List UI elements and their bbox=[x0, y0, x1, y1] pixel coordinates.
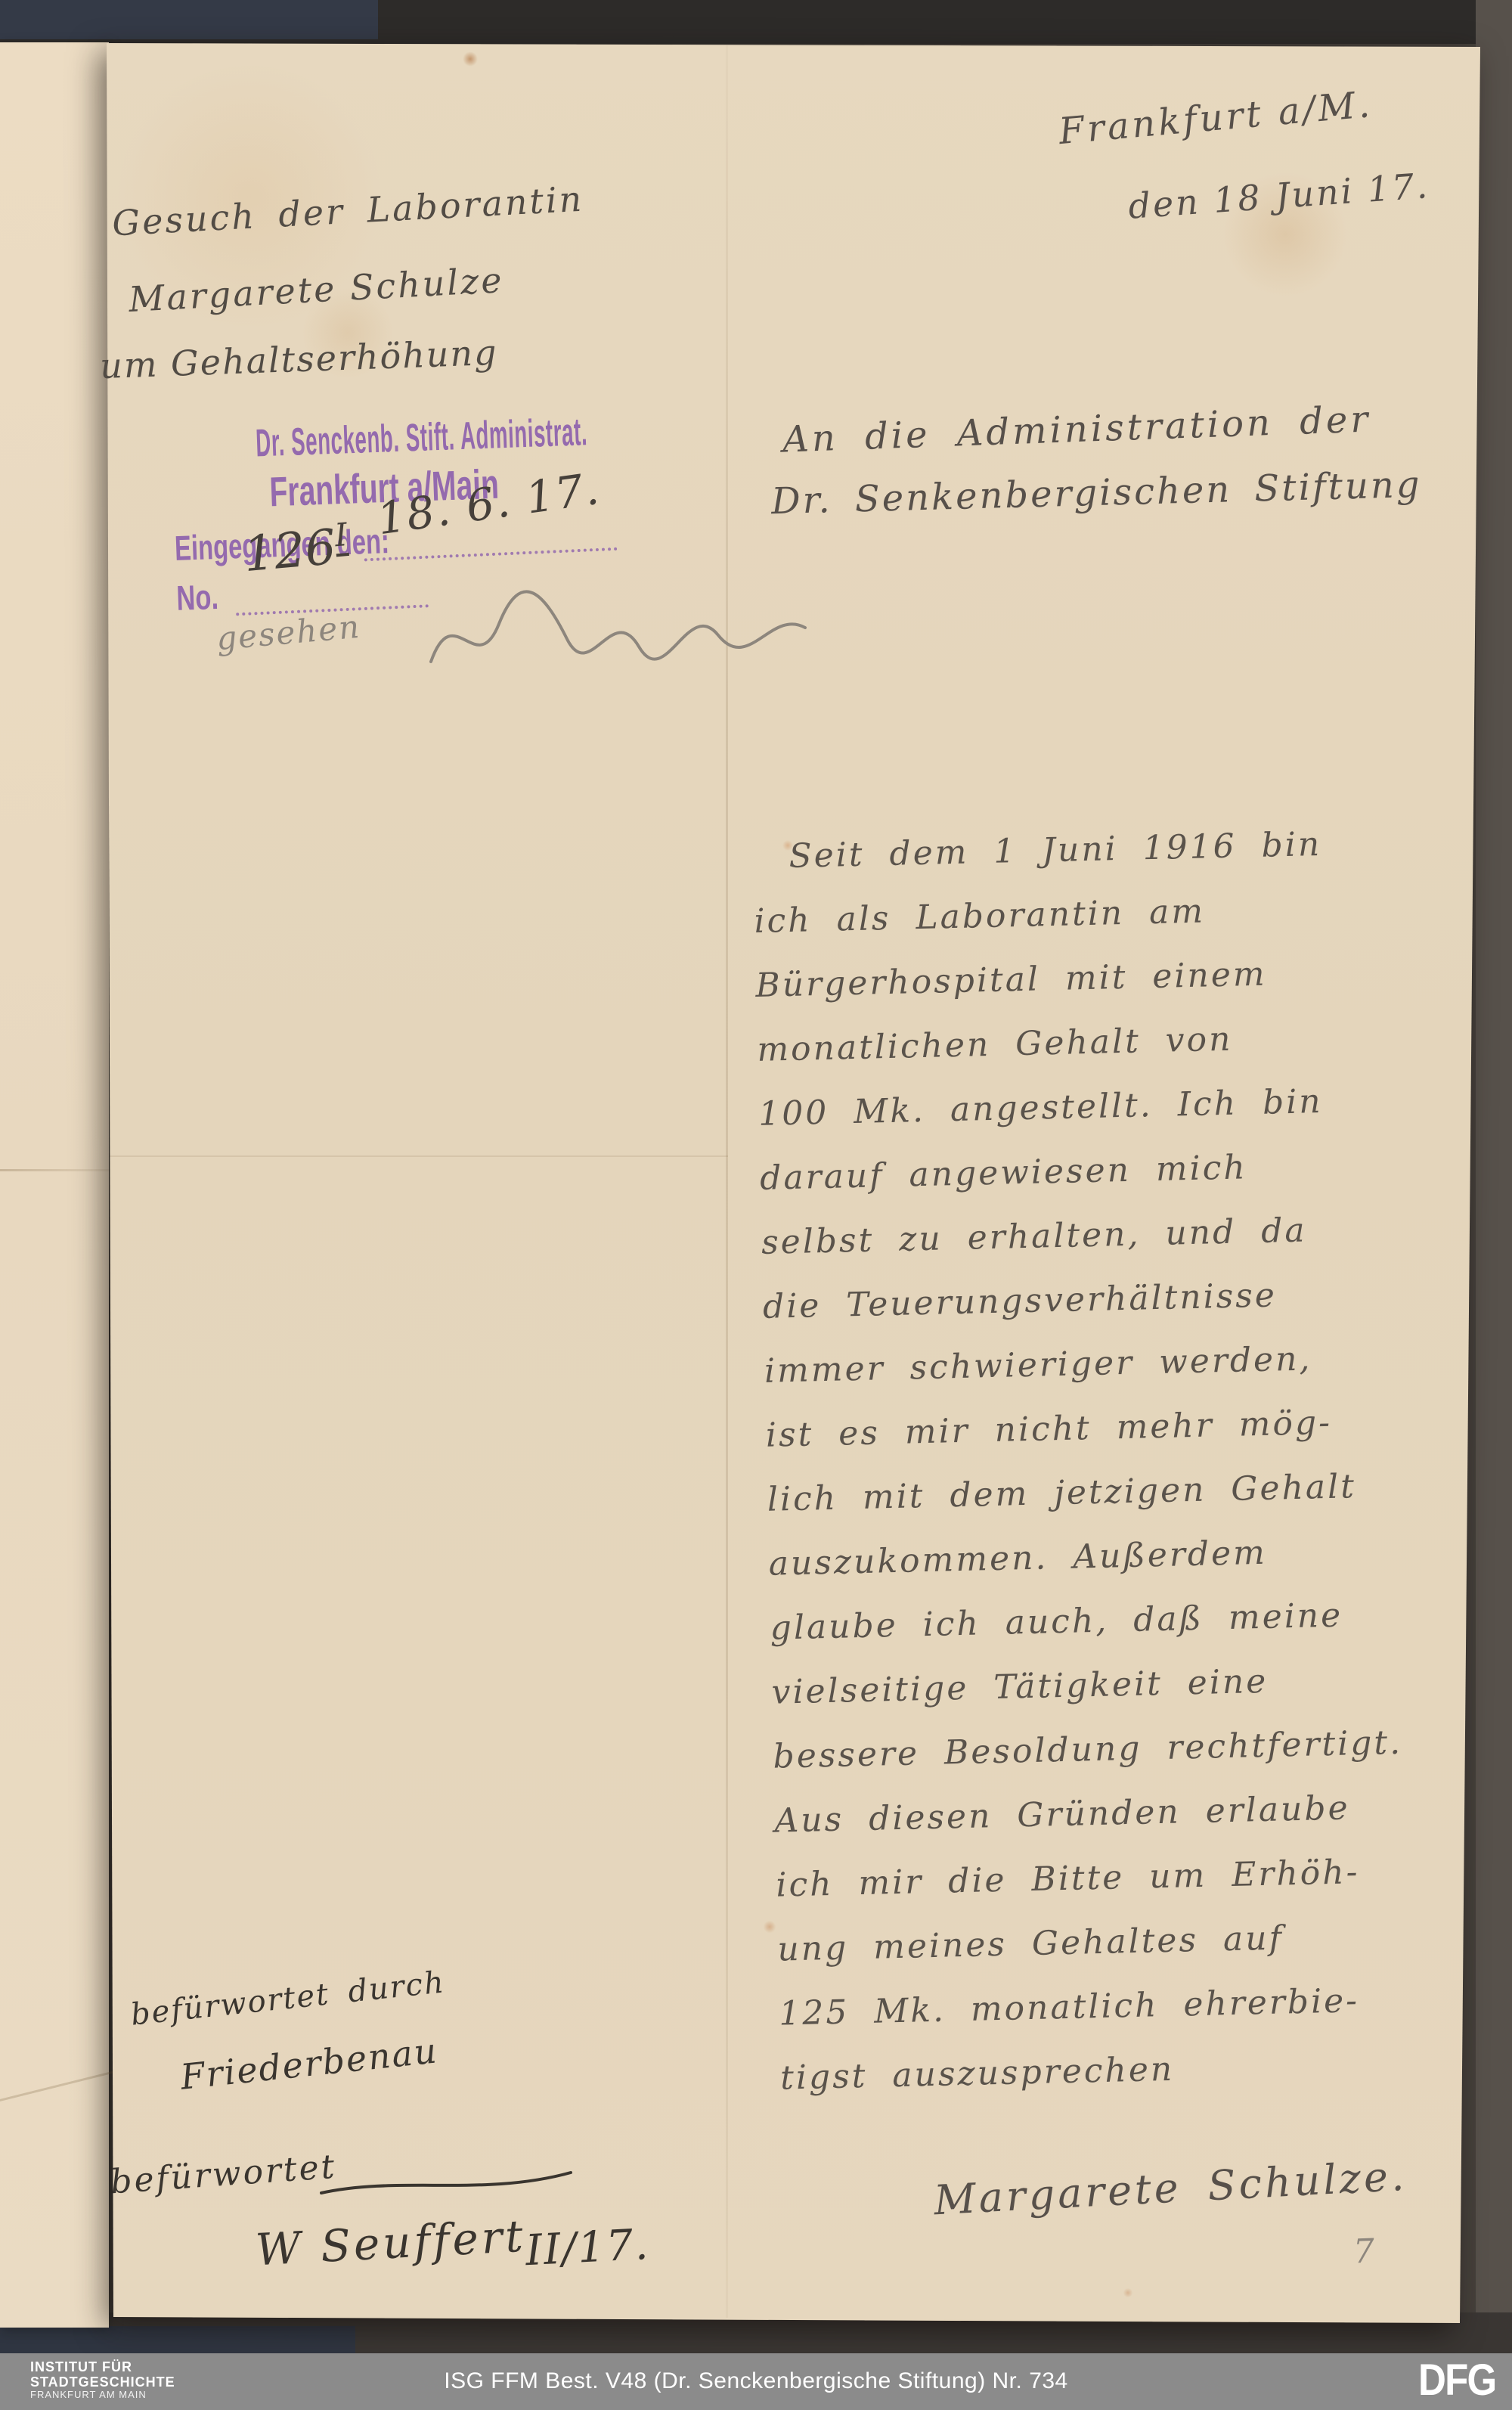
stamp-dotted-line-date bbox=[364, 546, 618, 562]
dfg-logo: DFG bbox=[1418, 2355, 1495, 2405]
stamp-number-handwritten: 126I bbox=[241, 516, 351, 583]
annotation-befuerwortet-durch: befürwortet durch bbox=[129, 1965, 447, 2032]
handwriting-layer: Frankfurt a/M. den 18 Juni 17. Gesuch de… bbox=[0, 0, 1512, 2410]
margin-note-line2: Margarete Schulze bbox=[128, 259, 505, 320]
handwriting-line: tigst auszusprechen bbox=[780, 2045, 1411, 2123]
dateline-place: Frankfurt a/M. bbox=[1057, 83, 1374, 153]
archival-scan: Frankfurt a/M. den 18 Juni 17. Gesuch de… bbox=[0, 0, 1512, 2410]
address-line2: Dr. Senkenbergischen Stiftung bbox=[770, 464, 1422, 523]
annotation-signature-seuffert: W Seuffert bbox=[254, 2210, 527, 2276]
margin-note-line3: um Gehaltserhöhung bbox=[99, 332, 498, 386]
ink-flourish-line bbox=[318, 2167, 575, 2204]
dateline-date: den 18 Juni 17. bbox=[1127, 165, 1431, 227]
annotation-signature-1: Friederbenau bbox=[178, 2030, 440, 2097]
annotation-reference-number: II/17. bbox=[524, 2220, 650, 2276]
illegible-pencil-signature bbox=[423, 582, 816, 688]
signature-margarete-schulze: Margarete Schulze. bbox=[933, 2152, 1408, 2225]
archive-footer-bar: INSTITUT FÜR STADTGESCHICHTE FRANKFURT A… bbox=[0, 2353, 1512, 2410]
margin-note-line1: Gesuch der Laborantin bbox=[111, 178, 584, 244]
address-line1: An die Administration der bbox=[782, 398, 1371, 461]
body-lines: Seit dem 1 Juni 1916 binich als Laborant… bbox=[752, 823, 1411, 2123]
stamp-number-value: 126 bbox=[241, 520, 338, 583]
stamp-office-line: Dr. Senckenb. Stift. Administrat. bbox=[255, 408, 588, 466]
archive-citation: ISG FFM Best. V48 (Dr. Senckenbergische … bbox=[0, 2368, 1512, 2394]
annotation-befuerwortet: befürwortet bbox=[110, 2148, 338, 2202]
pencil-page-number: 7 bbox=[1352, 2232, 1375, 2272]
stamp-number-label: No. bbox=[175, 577, 218, 619]
